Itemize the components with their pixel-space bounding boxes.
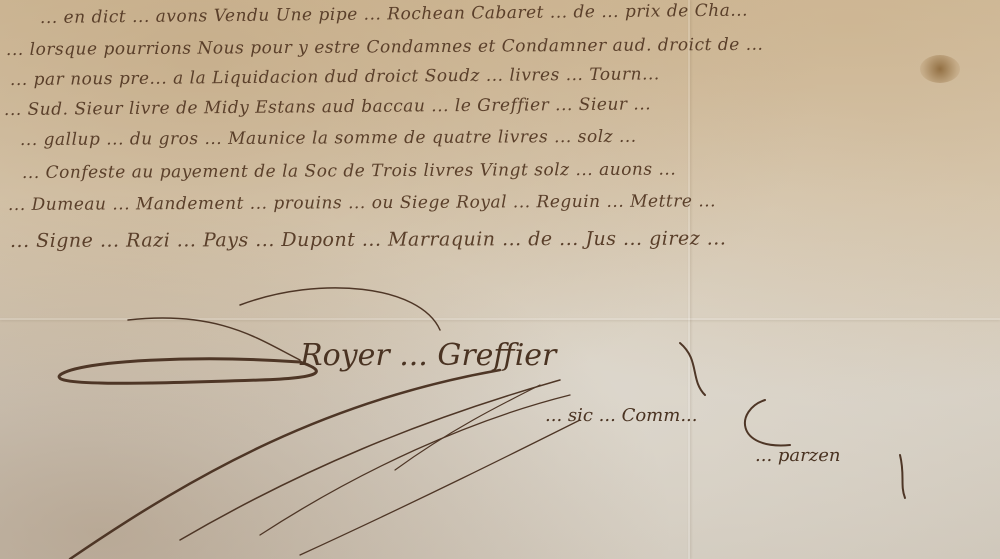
secondary-signature: ... sic ... Comm...	[545, 405, 697, 426]
main-signature: Royer ... Greffier	[300, 338, 556, 373]
tertiary-signature: ... parzen	[755, 445, 840, 466]
signature-flourish-strokes	[0, 0, 1000, 559]
